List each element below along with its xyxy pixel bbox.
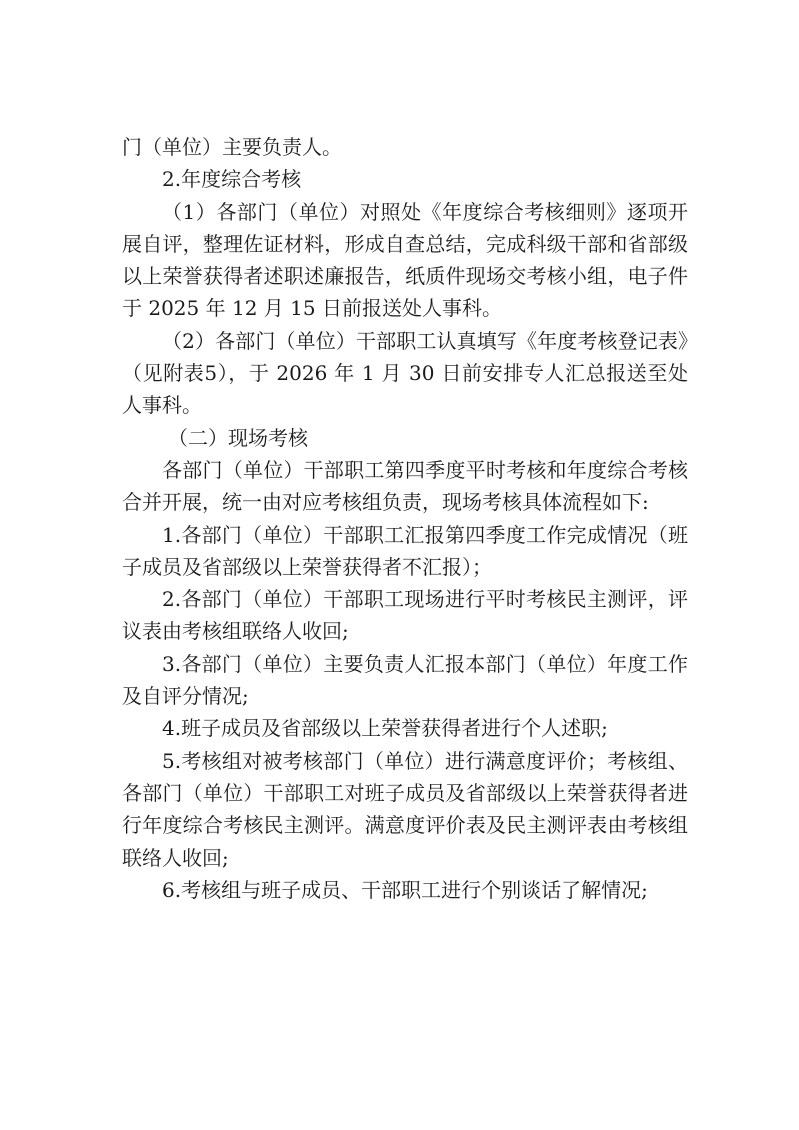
paragraph-item-1: （1）各部门（单位）对照处《年度综合考核细则》逐项开展自评，整理佐证材料，形成自… bbox=[122, 196, 688, 325]
paragraph-step-1: 1.各部门（单位）干部职工汇报第四季度工作完成情况（班子成员及省部级以上荣誉获得… bbox=[122, 519, 688, 584]
document-page: 门（单位）主要负责人。 2.年度综合考核 （1）各部门（单位）对照处《年度综合考… bbox=[122, 131, 688, 906]
section-heading-annual-assessment: 2.年度综合考核 bbox=[122, 163, 688, 195]
paragraph-item-2: （2）各部门（单位）干部职工认真填写《年度考核登记表》（见附表5），于 2026… bbox=[122, 325, 688, 422]
paragraph-step-4: 4.班子成员及省部级以上荣誉获得者进行个人述职; bbox=[122, 712, 688, 744]
paragraph-onsite-intro: 各部门（单位）干部职工第四季度平时考核和年度综合考核合并开展，统一由对应考核组负… bbox=[122, 454, 688, 519]
section-heading-onsite-assessment: （二）现场考核 bbox=[122, 422, 688, 454]
paragraph-step-5: 5.考核组对被考核部门（单位）进行满意度评价；考核组、各部门（单位）干部职工对班… bbox=[122, 745, 688, 874]
paragraph-continuation: 门（单位）主要负责人。 bbox=[122, 131, 688, 163]
paragraph-step-3: 3.各部门（单位）主要负责人汇报本部门（单位）年度工作及自评分情况; bbox=[122, 648, 688, 713]
paragraph-step-6: 6.考核组与班子成员、干部职工进行个别谈话了解情况; bbox=[122, 874, 688, 906]
paragraph-step-2: 2.各部门（单位）干部职工现场进行平时考核民主测评，评议表由考核组联络人收回; bbox=[122, 583, 688, 648]
